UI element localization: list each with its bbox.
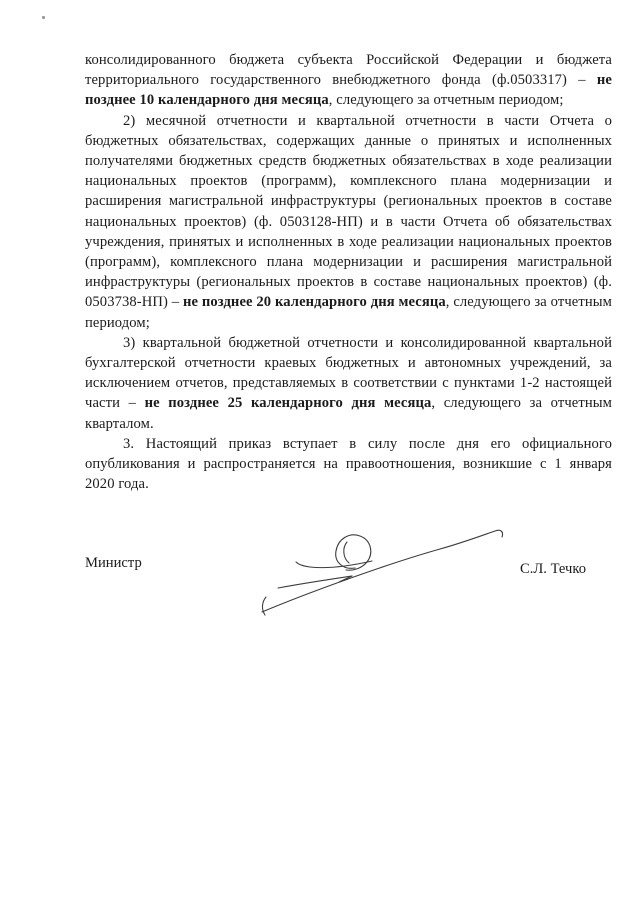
text-run: консолидированного бюджета субъекта Росс… bbox=[85, 52, 612, 88]
scan-artifact-speck bbox=[42, 16, 45, 19]
text-run: , следующего за отчетным периодом; bbox=[329, 92, 564, 108]
paragraph-entry-into-force: 3. Настоящий приказ вступает в силу посл… bbox=[85, 434, 612, 495]
signatory-title: Министр bbox=[85, 555, 142, 572]
text-run: 3. Настоящий приказ вступает в силу посл… bbox=[85, 436, 612, 492]
paragraph-item-2-deadline-20: 2) месячной отчетности и квартальной отч… bbox=[85, 111, 612, 333]
deadline-emphasis: не позднее 20 календарного дня месяца bbox=[183, 294, 446, 310]
paragraph-deadline-10: консолидированного бюджета субъекта Росс… bbox=[85, 50, 612, 111]
deadline-emphasis: не позднее 25 календарного дня месяца bbox=[145, 395, 432, 411]
document-text: консолидированного бюджета субъекта Росс… bbox=[85, 50, 612, 494]
handwritten-signature bbox=[250, 518, 520, 623]
text-run: 2) месячной отчетности и квартальной отч… bbox=[85, 113, 612, 311]
paragraph-item-3-deadline-25: 3) квартальной бюджетной отчетности и ко… bbox=[85, 333, 612, 434]
scanned-document-page: консолидированного бюджета субъекта Росс… bbox=[0, 0, 640, 905]
signatory-name: С.Л. Течко bbox=[520, 561, 586, 578]
